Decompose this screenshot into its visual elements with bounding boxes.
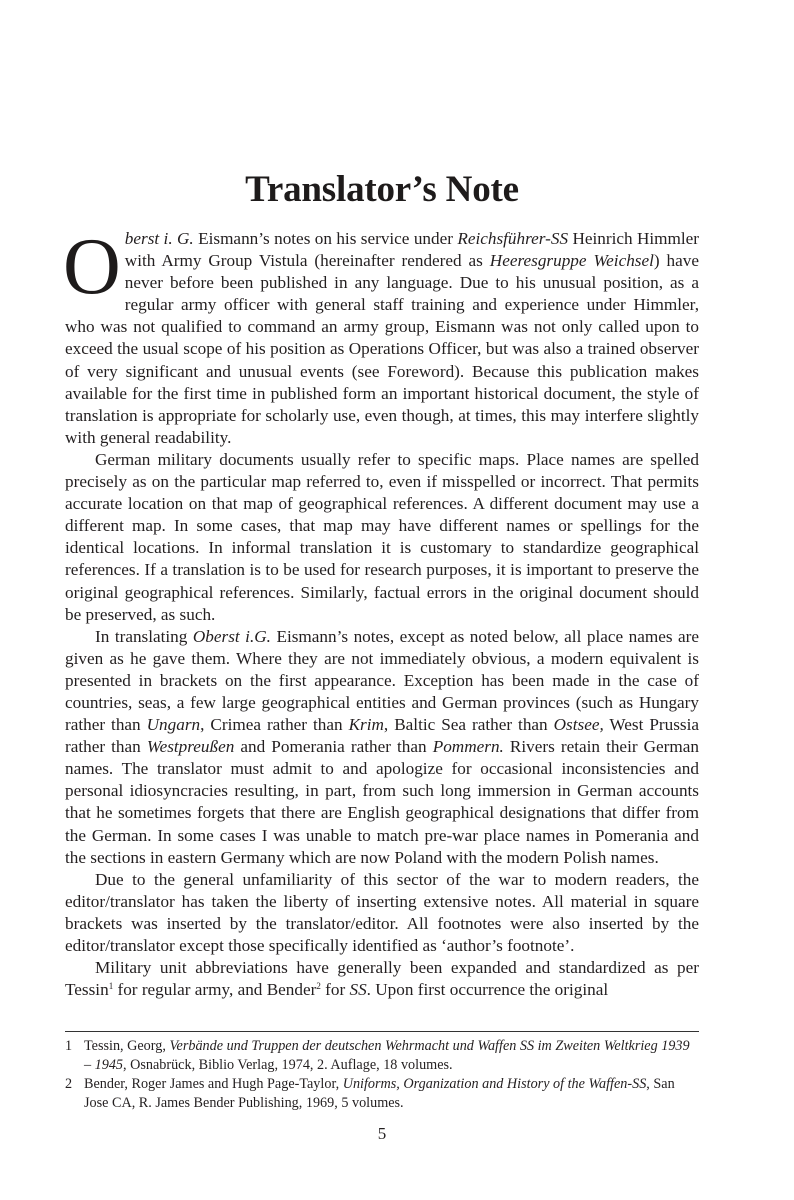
body-text: Oberst i. G. Eismann’s notes on his serv… [65,228,699,1001]
italic-text: Westpreußen [147,737,235,756]
paragraph: In translating Oberst i.G. Eismann’s not… [65,626,699,869]
italic-text: Heeresgruppe Weichsel [490,251,654,270]
text-run: Rivers retain their German names. The tr… [65,737,699,866]
text-run: for regular army, and Bender [113,980,316,999]
italic-text: Krim [349,715,384,734]
text-run: Bender, Roger James and Hugh Page-Taylor… [84,1076,343,1092]
footnote-number: 2 [65,1075,72,1094]
italic-text: Oberst i.G. [193,627,271,646]
text-run: ) have never before been published in an… [65,251,699,447]
text-run: and Pomerania rather than [234,737,432,756]
italic-text: SS [349,980,366,999]
text-run: Due to the general unfamiliarity of this… [65,870,699,955]
footnote-number: 1 [65,1037,72,1056]
page-number: 5 [65,1124,699,1144]
italic-text: Reichsführer-SS [457,229,568,248]
drop-cap: O [63,233,121,297]
footnote: 2Bender, Roger James and Hugh Page-Taylo… [65,1075,699,1113]
text-run: , Osnabrück, Biblio Verlag, 1974, 2. Auf… [123,1057,453,1073]
italic-text: Pommern. [433,737,504,756]
text-run: for [321,980,350,999]
footnote: 1Tessin, Georg, Verbände und Truppen der… [65,1037,699,1075]
paragraph: Due to the general unfamiliarity of this… [65,869,699,957]
paragraph: Oberst i. G. Eismann’s notes on his serv… [65,228,699,449]
paragraph: Military unit abbreviations have general… [65,957,699,1001]
text-run: , Baltic Sea rather than [384,715,554,734]
page-title: Translator’s Note [65,168,699,211]
italic-text: Ungarn [147,715,200,734]
footnote-divider [65,1031,699,1032]
text-run: , Crimea rather than [200,715,348,734]
italic-text: Uniforms, Organization and History of th… [343,1076,647,1092]
text-run: Eismann’s notes on his service under [194,229,458,248]
text-run: German military documents usually refer … [65,450,699,624]
italic-text: Ostsee, [554,715,604,734]
italic-text: berst i. G. [125,229,194,248]
text-run: In translating [95,627,193,646]
text-run: Tessin, Georg, [84,1038,169,1054]
text-run: . Upon first occurrence the original [367,980,609,999]
paragraph: German military documents usually refer … [65,449,699,626]
footnotes: 1Tessin, Georg, Verbände und Truppen der… [65,1037,699,1113]
